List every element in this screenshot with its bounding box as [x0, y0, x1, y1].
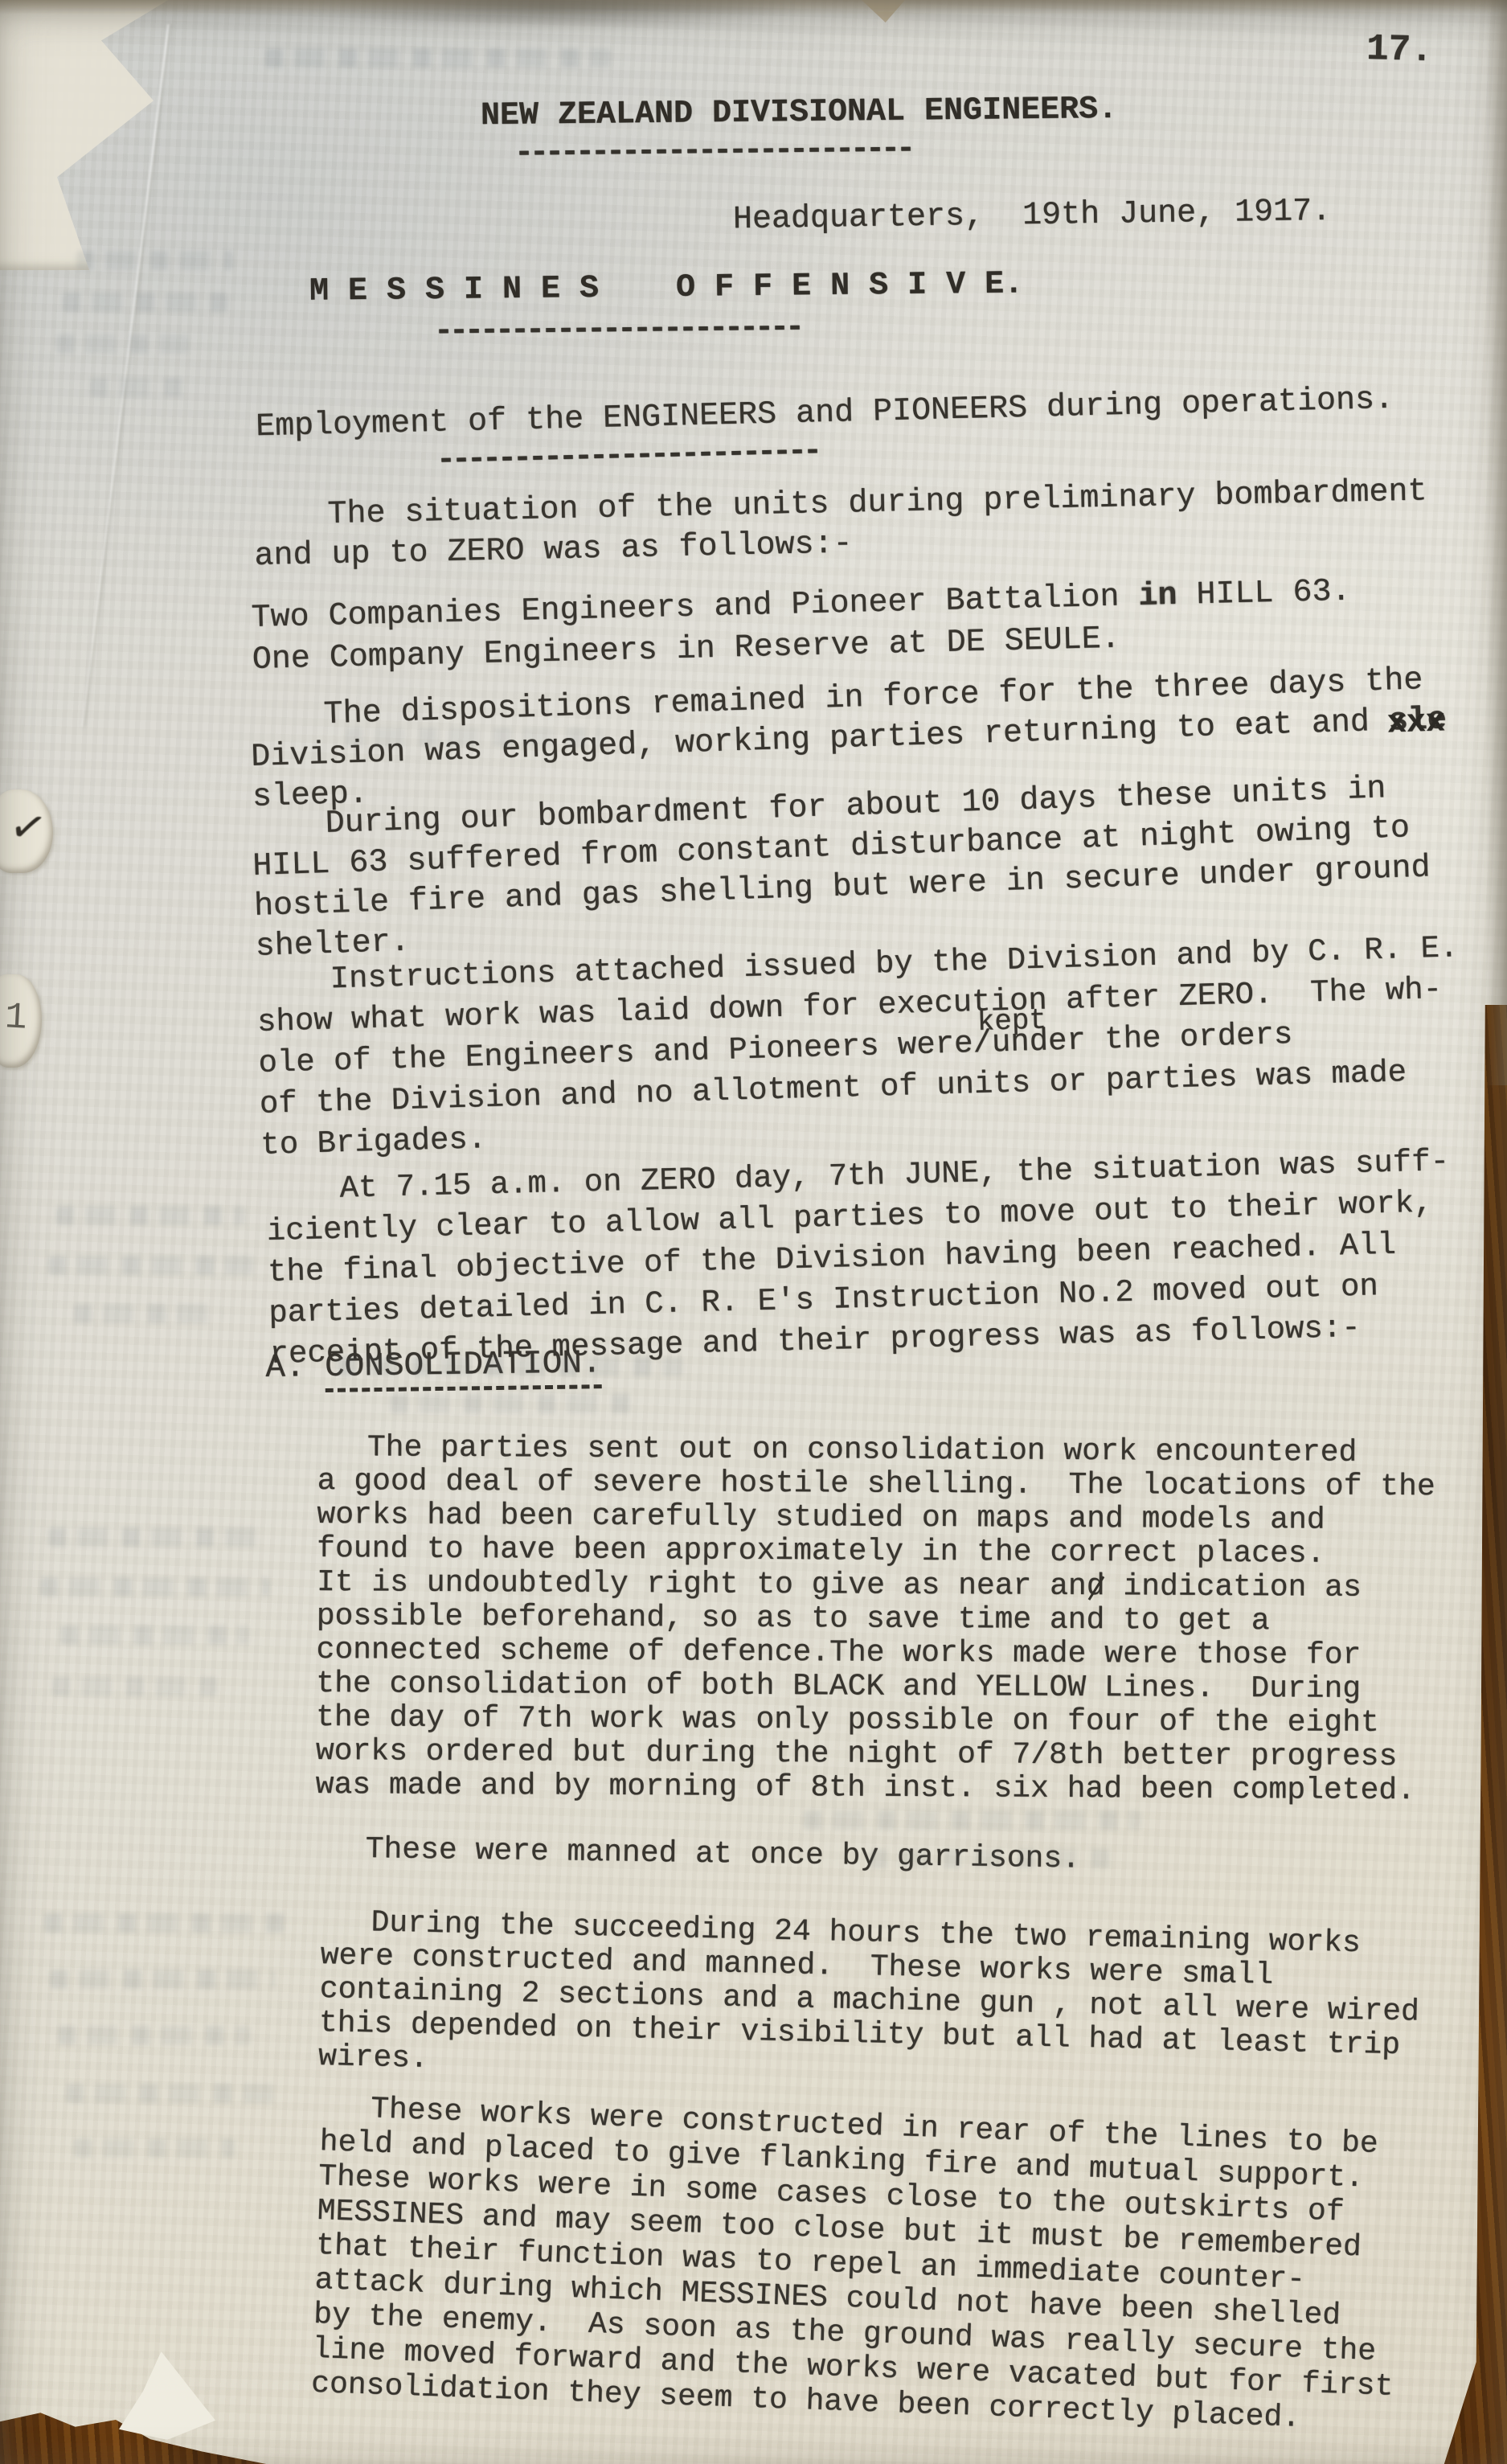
ghost-line	[265, 48, 611, 68]
ghost-line	[56, 1206, 245, 1225]
ghost-line	[60, 1626, 249, 1645]
paragraph-b8: The parties sent out on consolidation wo…	[316, 1431, 1435, 1808]
paragraph-b5: Instructions attached issued by the Divi…	[256, 928, 1464, 1166]
ghost-line	[48, 1527, 261, 1547]
ghost-line	[44, 1913, 285, 1933]
ghost-line	[346, 728, 603, 747]
ghost-line	[90, 378, 190, 397]
edit-slashed: d	[1087, 1569, 1105, 1604]
paragraph-b10: During the succeeding 24 hours the two r…	[318, 1905, 1421, 2097]
document-title: M E S S I N E S O F F E N S I V E.	[309, 266, 1024, 310]
scanned-document-photo: { "page": { "number": "17." }, "header":…	[0, 0, 1507, 2464]
ghost-line	[870, 1849, 1111, 1868]
ghost-line	[52, 1677, 217, 1696]
ghost-line	[74, 1304, 223, 1323]
ghost-line	[40, 1577, 269, 1597]
ghost-line	[338, 1357, 683, 1376]
org-heading-underline: --------------------------	[514, 131, 912, 171]
edit-ot: in	[1138, 578, 1177, 615]
ghost-line	[56, 334, 189, 354]
ghost-line	[50, 1970, 275, 1989]
ghost-line	[63, 293, 227, 312]
document-title-underline: ------------------------	[434, 310, 801, 351]
page-number: 17.	[1366, 28, 1433, 72]
ghost-line	[74, 2138, 235, 2158]
edit-strike: sle	[1388, 702, 1447, 740]
ghost-line	[48, 1256, 253, 1275]
org-heading: NEW ZEALAND DIVISIONAL ENGINEERS.	[481, 92, 1118, 134]
ghost-line	[804, 1810, 1141, 1830]
ghost-line	[390, 1394, 635, 1413]
paragraph-b11: These works were constructed in rear of …	[310, 2090, 1402, 2439]
ghost-line	[76, 251, 233, 270]
paragraph-b6: At 7.15 a.m. on ZERO day, 7th JUNE, the …	[265, 1142, 1454, 1375]
ghost-line	[58, 2026, 251, 2045]
ghost-line	[66, 2084, 275, 2103]
typed-line: was made and by morning of 8th inst. six…	[316, 1769, 1434, 1808]
